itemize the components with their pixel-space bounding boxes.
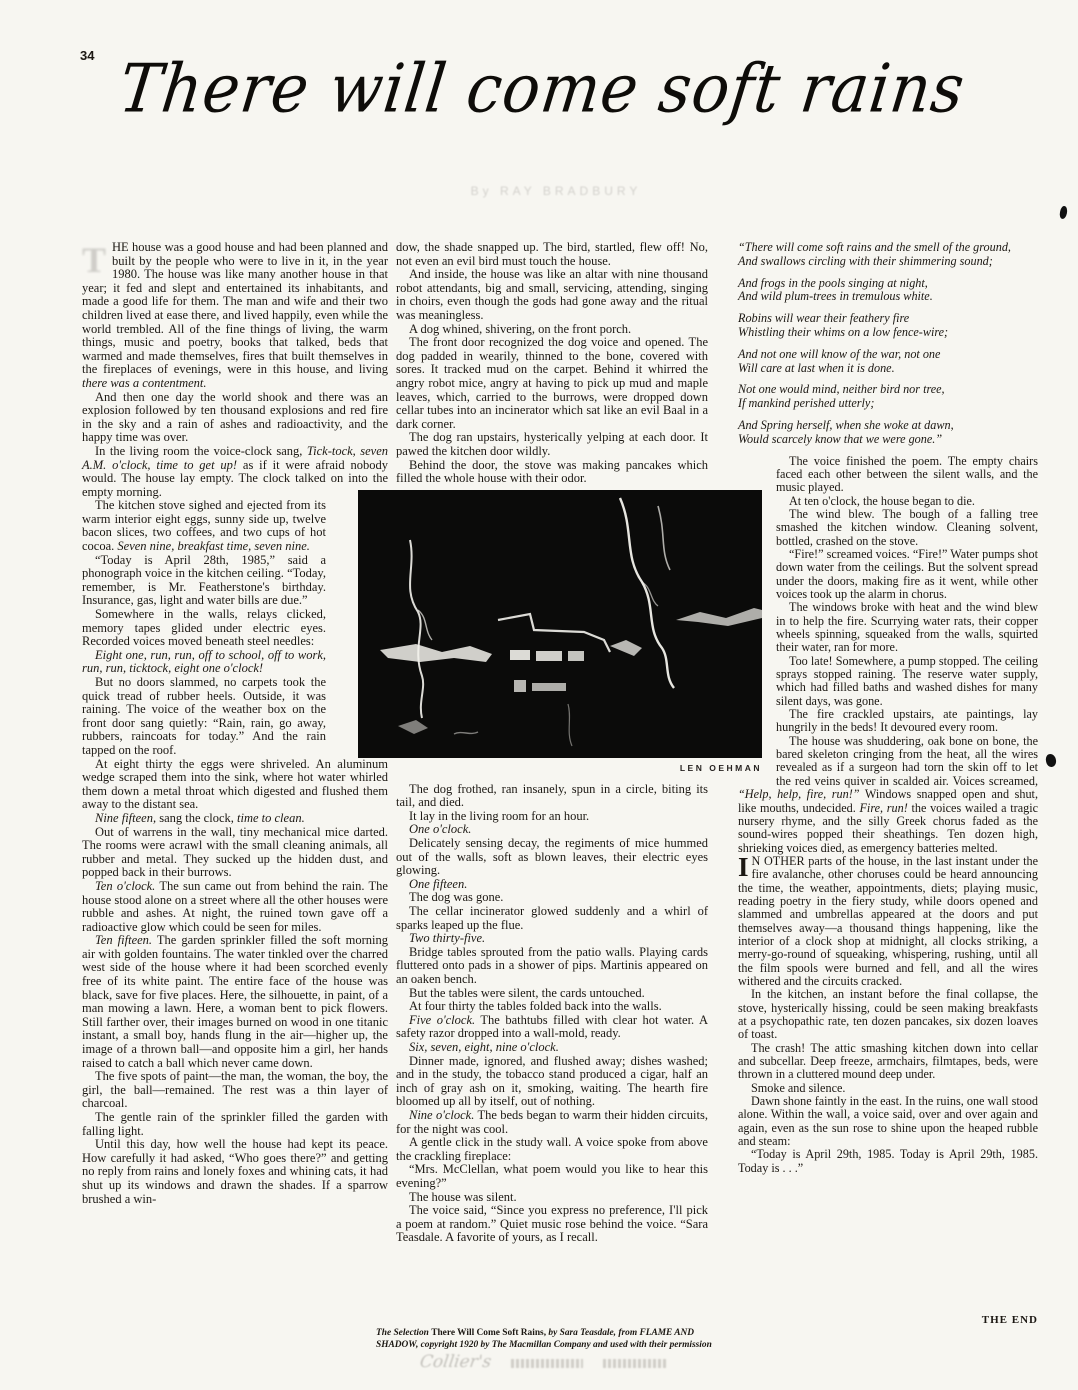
paragraph: Dinner made, ignored, and flushed away; … — [396, 1055, 708, 1109]
paragraph: The cellar incinerator glowed suddenly a… — [396, 905, 708, 932]
paragraph: But the tables were silent, the cards un… — [396, 987, 708, 1001]
paragraph: The fire crackled upstairs, ate painting… — [738, 708, 1038, 735]
text-run: A dog whined, shivering, on the front po… — [409, 322, 631, 336]
poem-line: Whistling their whims on a low fence-wir… — [738, 326, 1038, 340]
text-run: Dinner made, ignored, and flushed away; … — [396, 1054, 708, 1109]
paragraph: Ten fifteen. The garden sprinkler filled… — [82, 934, 388, 1070]
page-number: 34 — [80, 48, 94, 63]
paragraph: Delicately sensing decay, the regiments … — [396, 837, 708, 878]
text-run: “Today is April 29th, 1985. Today is Apr… — [738, 1147, 1038, 1174]
paragraph: Too late! Somewhere, a pump stopped. The… — [738, 655, 1038, 708]
text-run: Ten fifteen. — [95, 933, 152, 947]
paragraph: “Today is April 29th, 1985. Today is Apr… — [738, 1148, 1038, 1175]
text-run: But no doors slammed, no carpets took th… — [82, 675, 326, 757]
the-end-marker: THE END — [930, 1314, 1038, 1326]
column-3: “There will come soft rains and the smel… — [738, 241, 1038, 1175]
image-overlap-spacer — [738, 455, 776, 785]
text-run: HE house was a good house and had been p… — [82, 240, 388, 376]
text-run: “Help, help, fire, run!” — [738, 787, 860, 801]
text-run: Behind the door, the stove was making pa… — [396, 458, 708, 486]
text-run: And then one day the world shook and the… — [82, 390, 388, 445]
paragraph: The house was shuddering, oak bone on bo… — [738, 735, 1038, 855]
paragraph: SHADOW, copyright 1920 by The Macmillan … — [376, 1340, 748, 1352]
text-run: Until this day, how well the house had k… — [82, 1137, 388, 1205]
text-run: Seven nine, breakfast time, seven nine. — [117, 539, 310, 553]
text-run: The dog frothed, ran insanely, spun in a… — [396, 782, 708, 810]
text-run: Bridge tables sprouted from the patio wa… — [396, 945, 708, 986]
paragraph: The dog was gone. — [396, 891, 708, 905]
paragraph: Dawn shone faintly in the east. In the r… — [738, 1095, 1038, 1148]
paragraph: A gentle click in the study wall. A voic… — [396, 1136, 708, 1163]
paragraph: Nine o'clock. The beds began to warm the… — [396, 1109, 708, 1136]
text-run: One fifteen. — [409, 877, 467, 891]
paragraph: Behind the door, the stove was making pa… — [396, 459, 708, 486]
paragraph: At four thirty the tables folded back in… — [396, 1000, 708, 1014]
paragraph: The voice finished the poem. The empty c… — [738, 455, 1038, 495]
poem-stanza: And Spring herself, when she woke at daw… — [738, 419, 1038, 447]
text-run: by Sara Teasdale, from FLAME AND — [548, 1328, 694, 1338]
paragraph: The dog frothed, ran insanely, spun in a… — [396, 783, 708, 810]
paragraph: The crash! The attic smashing kitchen do… — [738, 1042, 1038, 1082]
paragraph: The gentle rain of the sprinkler filled … — [82, 1111, 388, 1138]
night-house-illustration — [358, 490, 762, 758]
text-run: The wind blew. The bough of a falling tr… — [776, 507, 1038, 548]
text-run: Nine fifteen, — [95, 811, 156, 825]
paragraph: In the kitchen, an instant before the fi… — [738, 988, 1038, 1041]
paragraph: THE house was a good house and had been … — [82, 241, 388, 391]
text-run: In the kitchen, an instant before the fi… — [738, 987, 1038, 1041]
poem-line: Will care at last when it is done. — [738, 362, 1038, 376]
text-run: “Mrs. McClellan, what poem would you lik… — [396, 1162, 708, 1190]
text-run: It lay in the living room for an hour. — [409, 809, 589, 823]
paragraph: Out of warrens in the wall, tiny mechani… — [82, 826, 388, 880]
text-run: The dog was gone. — [409, 890, 503, 904]
ink-speck — [1045, 753, 1057, 767]
text-run: Ten o'clock. — [95, 879, 155, 893]
paragraph: At ten o'clock, the house began to die. — [738, 495, 1038, 508]
text-run: Delicately sensing decay, the regiments … — [396, 836, 708, 877]
text-run: The dog ran upstairs, hysterically yelpi… — [396, 430, 708, 458]
poem-line: If mankind perished utterly; — [738, 397, 1038, 411]
text-run: Five o'clock. — [409, 1013, 475, 1027]
text-run: The house was silent. — [409, 1190, 517, 1204]
paragraph: In the living room the voice-clock sang,… — [82, 445, 388, 499]
column-2-lower-text: The dog frothed, ran insanely, spun in a… — [396, 783, 708, 1245]
column-3-text: The voice finished the poem. The empty c… — [738, 455, 1038, 1176]
text-run: The voice said, “Since you express no pr… — [396, 1203, 708, 1244]
paragraph: Nine fifteen, sang the clock, time to cl… — [82, 812, 388, 826]
text-run: Dawn shone faintly in the east. In the r… — [738, 1094, 1038, 1148]
text-run: And inside, the house was like an altar … — [396, 267, 708, 322]
text-run: The windows broke with heat and the wind… — [776, 600, 1038, 654]
text-run: The crash! The attic smashing kitchen do… — [738, 1041, 1038, 1082]
poem-line: And Spring herself, when she woke at daw… — [738, 419, 1038, 433]
column-1: THE house was a good house and had been … — [82, 241, 388, 1206]
paragraph: The Selection There Will Come Soft Rains… — [376, 1328, 748, 1340]
story-illustration: LEN OEHMAN — [358, 490, 762, 773]
poem-stanza: Robins will wear their feathery fireWhis… — [738, 312, 1038, 340]
paragraph: Two thirty-five. — [396, 932, 708, 946]
text-run: Smoke and silence. — [751, 1081, 845, 1095]
column-2: dow, the shade snapped up. The bird, sta… — [396, 241, 708, 1245]
text-run: Somewhere in the walls, relays clicked, … — [82, 607, 326, 648]
text-run: The five spots of paint—the man, the wom… — [82, 1069, 388, 1110]
paragraph: Smoke and silence. — [738, 1082, 1038, 1095]
magazine-page: 34 There will come soft rains By RAY BRA… — [0, 0, 1078, 1390]
poem-line: And not one will know of the war, not on… — [738, 348, 1038, 362]
paragraph: The windows broke with heat and the wind… — [738, 601, 1038, 654]
text-run: sang the clock, — [156, 811, 237, 825]
text-run: time to clean. — [237, 811, 305, 825]
paragraph: IN OTHER parts of the house, in the last… — [738, 855, 1038, 988]
text-run: At ten o'clock, the house began to die. — [789, 494, 975, 508]
poem: “There will come soft rains and the smel… — [738, 241, 1038, 447]
column-1-upper-text: THE house was a good house and had been … — [82, 241, 388, 499]
text-run: At eight thirty the eggs were shriveled.… — [82, 757, 388, 812]
drop-cap: T — [82, 241, 112, 279]
paragraph: One fifteen. — [396, 878, 708, 892]
text-run: Six, seven, eight, nine o'clock. — [409, 1040, 559, 1054]
text-run: Two thirty-five. — [409, 931, 485, 945]
poem-stanza: And frogs in the pools singing at night,… — [738, 277, 1038, 305]
poem-stanza: And not one will know of the war, not on… — [738, 348, 1038, 376]
paragraph: The voice said, “Since you express no pr… — [396, 1204, 708, 1245]
text-run: There Will Come Soft Rains, — [431, 1328, 548, 1338]
paragraph: “Mrs. McClellan, what poem would you lik… — [396, 1163, 708, 1190]
text-run: SHADOW, copyright 1920 by The Macmillan … — [376, 1340, 712, 1350]
text-run: The front door recognized the dog voice … — [396, 335, 708, 431]
paragraph: dow, the shade snapped up. The bird, sta… — [396, 241, 708, 268]
text-run: One o'clock. — [409, 822, 471, 836]
text-run: The voice finished the poem. The empty c… — [776, 454, 1038, 495]
paragraph: A dog whined, shivering, on the front po… — [396, 323, 708, 337]
text-run: The cellar incinerator glowed suddenly a… — [396, 904, 708, 932]
text-run: Nine o'clock. — [409, 1108, 474, 1122]
paragraph: The wind blew. The bough of a falling tr… — [738, 508, 1038, 548]
poem-line: And swallows circling with their shimmer… — [738, 255, 1038, 269]
text-run: dow, the shade snapped up. The bird, sta… — [396, 240, 708, 268]
text-run: The house was shuddering, oak bone on bo… — [776, 734, 1038, 788]
paragraph: It lay in the living room for an hour. — [396, 810, 708, 824]
poem-line: “There will come soft rains and the smel… — [738, 241, 1038, 255]
drop-cap: I — [738, 856, 749, 879]
illegible-smudge — [511, 1359, 583, 1368]
text-run: In the living room the voice-clock sang, — [95, 444, 307, 458]
poem-stanza: “There will come soft rains and the smel… — [738, 241, 1038, 269]
paragraph: At eight thirty the eggs were shriveled.… — [82, 758, 388, 812]
text-run: At four thirty the tables folded back in… — [409, 999, 662, 1013]
text-run: “Today is April 28th, 1985,” said a phon… — [82, 553, 326, 608]
text-run: there was a contentment. — [82, 376, 207, 390]
text-run: The garden sprinkler filled the soft mor… — [82, 933, 388, 1069]
paragraph: Six, seven, eight, nine o'clock. — [396, 1041, 708, 1055]
poem-stanza: Not one would mind, neither bird nor tre… — [738, 383, 1038, 411]
paragraph: “Fire!” screamed voices. “Fire!” Water p… — [738, 548, 1038, 601]
paragraph: Ten o'clock. The sun came out from behin… — [82, 880, 388, 934]
paragraph: And inside, the house was like an altar … — [396, 268, 708, 322]
paragraph: The five spots of paint—the man, the wom… — [82, 1070, 388, 1111]
illegible-smudge — [603, 1359, 667, 1368]
paragraph: Five o'clock. The bathtubs filled with c… — [396, 1014, 708, 1041]
text-run: Too late! Somewhere, a pump stopped. The… — [776, 654, 1038, 708]
text-run: N OTHER parts of the house, in the last … — [738, 854, 1038, 988]
text-run: The gentle rain of the sprinkler filled … — [82, 1110, 388, 1138]
paragraph: One o'clock. — [396, 823, 708, 837]
illustration-credit: LEN OEHMAN — [358, 763, 762, 773]
paragraph: The house was silent. — [396, 1191, 708, 1205]
poem-line: Would scarcely know that we were gone.” — [738, 433, 1038, 447]
text-run: The fire crackled upstairs, ate painting… — [776, 707, 1038, 734]
faded-magazine-name: Collier's — [419, 1352, 493, 1372]
faded-running-footer: Collier's — [420, 1352, 720, 1376]
text-run: A gentle click in the study wall. A voic… — [396, 1135, 708, 1163]
poem-line: And frogs in the pools singing at night, — [738, 277, 1038, 291]
text-run: Eight one, run, run, off to school, off … — [82, 648, 326, 676]
copyright-note: The Selection There Will Come Soft Rains… — [376, 1328, 748, 1351]
column-2-upper-text: dow, the shade snapped up. The bird, sta… — [396, 241, 708, 486]
story-title: There will come soft rains — [115, 49, 965, 128]
poem-line: Robins will wear their feathery fire — [738, 312, 1038, 326]
byline-faded: By RAY BRADBURY — [436, 184, 676, 198]
paragraph: Until this day, how well the house had k… — [82, 1138, 388, 1206]
paragraph: The dog ran upstairs, hysterically yelpi… — [396, 431, 708, 458]
paragraph: Bridge tables sprouted from the patio wa… — [396, 946, 708, 987]
paragraph: And then one day the world shook and the… — [82, 391, 388, 445]
text-run: Fire, run! — [859, 801, 907, 815]
poem-line: And wild plum-trees in tremulous white. — [738, 290, 1038, 304]
ink-speck — [1059, 205, 1069, 219]
copyright-note-lines: The Selection There Will Come Soft Rains… — [376, 1328, 748, 1351]
text-run: But the tables were silent, the cards un… — [409, 986, 645, 1000]
text-run: The Selection — [376, 1328, 431, 1338]
text-run: “Fire!” screamed voices. “Fire!” Water p… — [776, 547, 1038, 601]
text-run: Out of warrens in the wall, tiny mechani… — [82, 825, 388, 880]
paragraph: The front door recognized the dog voice … — [396, 336, 708, 431]
poem-line: Not one would mind, neither bird nor tre… — [738, 383, 1038, 397]
